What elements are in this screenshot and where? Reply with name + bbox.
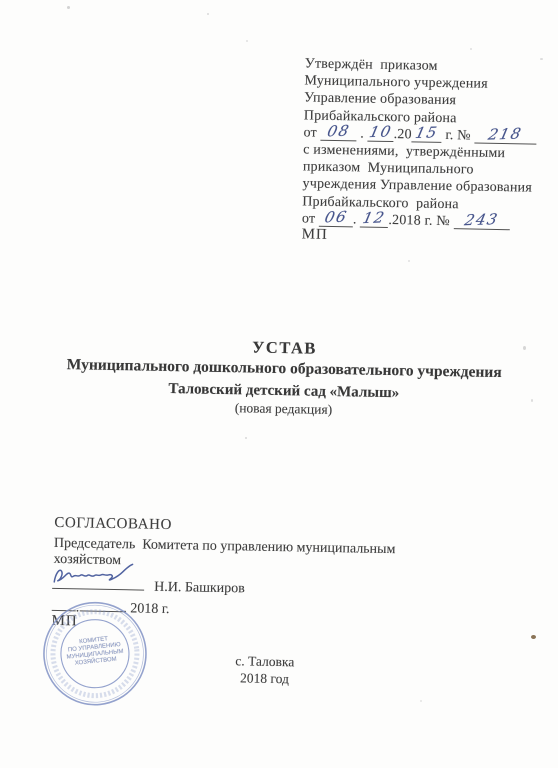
handwritten-day: 06	[323, 211, 348, 225]
handwritten-number: 243	[463, 213, 499, 227]
printed-text: .	[356, 126, 367, 141]
printed-text: .20	[394, 127, 412, 142]
approval-block: Утверждён приказом Муниципального учрежд…	[302, 55, 538, 231]
scan-speck	[245, 437, 247, 439]
handwritten-month: 10	[368, 125, 393, 139]
scan-speck	[420, 700, 422, 702]
handwritten-month: 12	[362, 211, 387, 225]
blank-line: 08	[320, 126, 356, 142]
signature-row: Н.И. Башкиров	[52, 574, 245, 598]
scan-speck	[470, 48, 472, 50]
signature-scribble	[48, 560, 153, 594]
blank-line: 12	[360, 212, 388, 228]
printed-text: от	[302, 211, 319, 226]
scan-speck	[540, 58, 543, 60]
signature-line	[52, 574, 144, 591]
blank-line: 243	[453, 214, 509, 230]
scan-speck	[408, 260, 410, 262]
document-page: Утверждён приказом Муниципального учрежд…	[0, 0, 558, 768]
scan-speck	[67, 6, 70, 9]
printed-text: г. №	[442, 128, 475, 144]
agreement-heading: СОГЛАСОВАНО	[54, 515, 396, 538]
blank-line: 15	[412, 127, 442, 143]
order-date-line-2: от 06. 12.2018 г. № 243	[302, 210, 535, 231]
scan-speck	[531, 635, 536, 639]
printed-text: от	[303, 125, 320, 140]
scan-speck	[523, 346, 526, 350]
signer-name: Н.И. Башкиров	[154, 580, 245, 597]
handwritten-number: 218	[487, 127, 523, 141]
blank-line: 06	[319, 212, 353, 228]
scanned-content: Утверждён приказом Муниципального учрежд…	[0, 0, 558, 768]
stamp-placeholder-top: МП	[302, 226, 328, 243]
scan-speck	[531, 399, 533, 402]
handwritten-year: 15	[414, 126, 439, 140]
blank-line: 10	[368, 126, 394, 141]
scan-speck	[207, 13, 209, 15]
printed-text: .2018 г. №	[388, 213, 453, 229]
scan-speck	[246, 40, 248, 42]
handwritten-day: 08	[326, 125, 351, 139]
blank-line: 218	[474, 128, 536, 144]
